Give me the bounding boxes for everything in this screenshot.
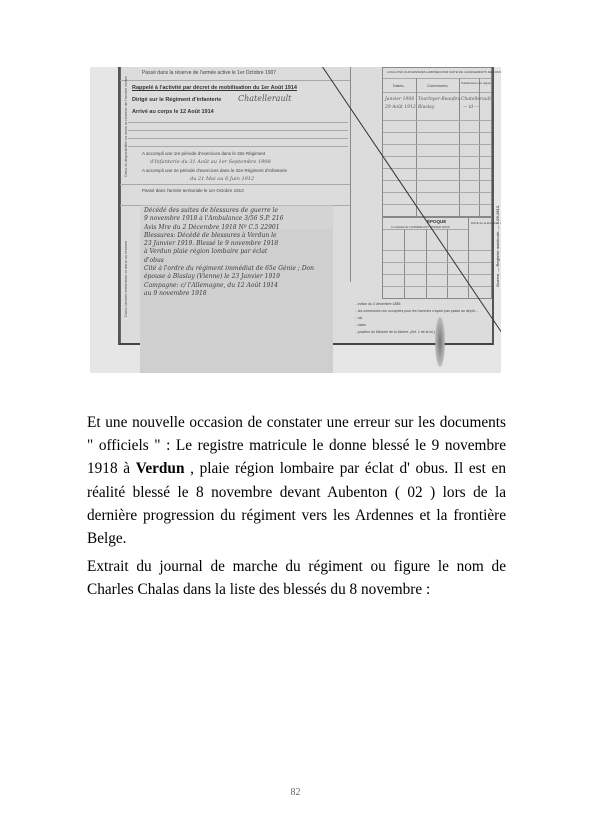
dirige-line: Dirigé sur le Régiment d'infanterie bbox=[132, 97, 221, 103]
register-footer-1: ...ection du 4 décembre 1889. bbox=[355, 302, 401, 306]
note-line-10: Campagne: c/ l'Allemagne, du 12 Août 191… bbox=[144, 282, 332, 290]
note-line-9: épouse à Blaslay (Vienne) le 23 Janvier … bbox=[144, 273, 332, 281]
register-footer-5: ...position du Ministre de la Marine. (A… bbox=[355, 330, 435, 334]
note-line-6: à Verdun plaie région lombaire par éclat bbox=[144, 248, 332, 256]
note-line-8: Cité à l'ordre du régiment immédiat de 6… bbox=[144, 265, 332, 273]
page-number: 82 bbox=[0, 787, 591, 798]
note-line-5: 23 Janvier 1919. Blessé le 9 novembre 19… bbox=[144, 240, 332, 248]
paragraph1-bold-place: Verdun bbox=[136, 460, 185, 477]
paragraph-journal-extract: Extrait du journal de marche du régiment… bbox=[87, 555, 506, 601]
passe-reserve-line: Passé dans la réserve de l'armée active … bbox=[142, 70, 276, 76]
rappele-line: Rappelé à l'activité par décret de mobil… bbox=[132, 85, 297, 91]
exercise-line-5: Passé dans l'armée territoriale le 1er O… bbox=[142, 188, 244, 193]
register-side-stamp: Guerre. — Registre matricule. — 3-09-191… bbox=[495, 205, 500, 287]
col-communes: Communes. bbox=[427, 83, 449, 88]
note-line-4: Blessures: Décédé de blessures à Verdun … bbox=[144, 232, 332, 240]
side-label-reserve: Dans la disponibilité ou dans la réserve… bbox=[123, 76, 128, 177]
row2-date: 29 Août 1912 bbox=[385, 105, 416, 110]
epoque-title: ÉPOQUE bbox=[427, 219, 446, 224]
col-subdivisions: Subdivisions de région bbox=[461, 81, 491, 85]
note-line-1: Décédé des suites de blessures de guerre… bbox=[144, 207, 332, 215]
row1-date: Janvier 1908 bbox=[385, 97, 414, 102]
col-dates: Dates. bbox=[393, 83, 405, 88]
note-line-2: 9 novembre 1918 à l'Ambulance 3/56 S.P. … bbox=[144, 215, 332, 223]
note-line-7: d'obus bbox=[144, 257, 332, 265]
exercise-line-1: A accompli une 1re période d'exercices d… bbox=[142, 151, 265, 156]
note-line-11: au 9 novembre 1918 bbox=[144, 290, 332, 298]
ink-stain bbox=[435, 317, 445, 367]
row2-commune: Blaslay bbox=[418, 105, 434, 110]
exercise-line-3: A accompli une 2e période d'exercices da… bbox=[142, 168, 287, 173]
note-line-3: Avis Mre du 2 Décembre 1918 Nº C.5 22901 bbox=[144, 224, 332, 232]
residence-table-header: LOCALITÉS SUCCESSIVES HABITÉES PAR SUITE… bbox=[387, 70, 501, 74]
row2-subdivision: — id — bbox=[463, 105, 479, 110]
row1-commune: Tourloyer-Beaufeu bbox=[418, 97, 460, 102]
register-footer-3: ...ral. bbox=[355, 316, 363, 320]
register-footer-2: ...les communes non occupées pour les ho… bbox=[355, 309, 478, 313]
residence-table: LOCALITÉS SUCCESSIVES HABITÉES PAR SUITE… bbox=[382, 67, 492, 217]
side-label-territorial: Dans l'armée territoriale et dans sa rés… bbox=[123, 241, 128, 317]
dirige-handwritten: Chatellerault bbox=[238, 94, 291, 103]
register-footer-4: ...naire. bbox=[355, 323, 367, 327]
paragraph-register-error: Et une nouvelle occasion de constater un… bbox=[87, 411, 506, 550]
exercise-line-2: d'Infanterie du 31 Août au 1er Septembre… bbox=[150, 159, 271, 165]
epoque-table: ÉPOQUE À LAQUELLE L'HOMME DOIT PASSER DA… bbox=[382, 217, 492, 299]
pasted-note-text: Décédé des suites de blessures de guerre… bbox=[144, 207, 332, 298]
row1-subdivision: Chatellerault bbox=[461, 97, 491, 102]
arrive-line: Arrivé au corps le 12 Août 1914 bbox=[132, 109, 214, 115]
register-scan-image: Passé dans la réserve de l'armée active … bbox=[90, 67, 501, 373]
exercise-line-4: du 21 Mai au 8 Juin 1912 bbox=[190, 176, 254, 182]
